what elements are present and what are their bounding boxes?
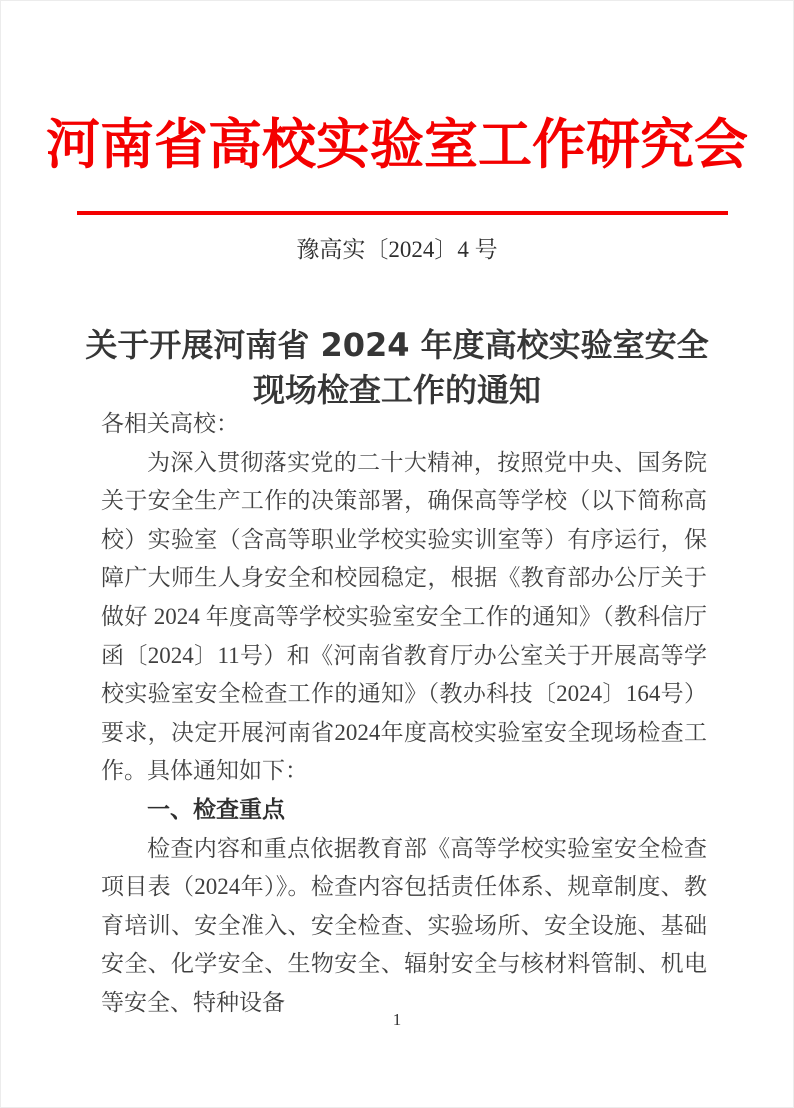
document-header-org-name: 河南省高校实验室工作研究会 (1, 109, 793, 179)
header-divider-line (77, 211, 728, 215)
section-heading-inspection-focus: 一、检查重点 (101, 791, 707, 830)
paragraph-intro: 为深入贯彻落实党的二十大精神，按照党中央、国务院关于安全生产工作的决策部署，确保… (101, 444, 707, 791)
paragraph-inspection-content: 检查内容和重点依据教育部《高等学校实验室安全检查项目表（2024年）》。检查内容… (101, 830, 707, 1023)
document-title: 关于开展河南省 2024 年度高校实验室安全 现场检查工作的通知 (1, 323, 793, 413)
document-title-line1: 关于开展河南省 2024 年度高校实验室安全 (85, 326, 708, 364)
document-title-line2: 现场检查工作的通知 (253, 371, 541, 409)
document-page: 河南省高校实验室工作研究会 豫高实〔2024〕4 号 关于开展河南省 2024 … (0, 0, 794, 1108)
salutation: 各相关高校： (101, 405, 707, 444)
document-body: 各相关高校： 为深入贯彻落实党的二十大精神，按照党中央、国务院关于安全生产工作的… (101, 405, 707, 1023)
page-number: 1 (1, 1009, 793, 1031)
document-number: 豫高实〔2024〕4 号 (1, 235, 793, 265)
